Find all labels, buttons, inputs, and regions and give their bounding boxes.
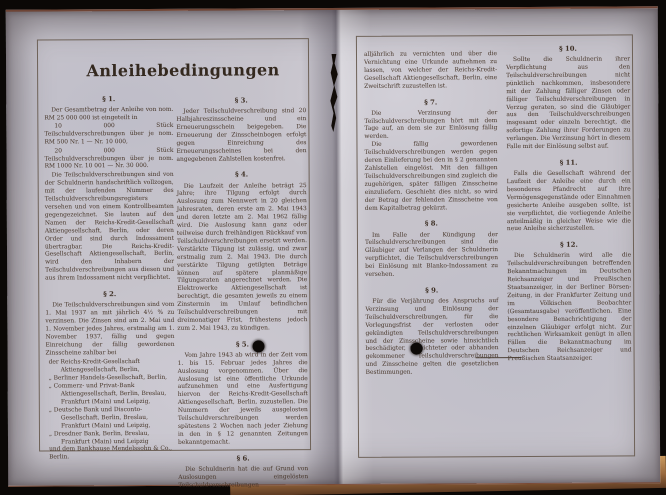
left-page-column-2: § 3. Jeder Teilschuldverschreibung sind … (176, 96, 308, 490)
section-6-continuation: alljährlich zu vernichten und über die V… (364, 51, 497, 91)
section-1-paragraph: Der Gesamtbetrag der Anleihe von nom. RM… (44, 107, 173, 123)
list-item: und dem Bankhause Mendelssohn & Co., Ber… (49, 446, 175, 462)
section-2-heading: § 2. (45, 290, 174, 300)
section-8-heading: § 8. (365, 220, 498, 230)
section-2-paragraph: Die Teilschuldverschreibungen sind vom 1… (45, 302, 174, 358)
section-4-heading: § 4. (177, 171, 307, 181)
list-item: „ Deutsche Bank und Disconto-Gesellschaf… (49, 407, 175, 431)
list-item: „ Dresdner Bank, Berlin, Breslau, Frankf… (49, 430, 175, 446)
list-item: der Reichs-Kredit-Gesellschaft Aktienges… (49, 359, 175, 375)
paying-agents-list: der Reichs-Kredit-Gesellschaft Aktienges… (49, 359, 176, 462)
section-6-heading: § 6. (178, 454, 308, 464)
section-9-heading: § 9. (365, 286, 498, 296)
punch-hole-right (411, 343, 423, 355)
section-3-paragraph: Jeder Teilschuldverschreibung sind 20 Ha… (176, 108, 306, 164)
section-7-heading: § 7. (364, 98, 497, 108)
section-7-paragraph: Die Verzinsung der Teilschuldverschreibu… (364, 110, 497, 142)
section-1-denomination-500: 10 000 Stück Teilschuldverschreibungen ü… (44, 123, 173, 147)
section-10-paragraph: Sollte die Schuldnerin ihrer Verpflichtu… (506, 57, 630, 153)
section-4-paragraph: Die Laufzeit der Anleihe beträgt 25 Jahr… (177, 183, 308, 334)
section-8-paragraph: Im Falle der Kündigung der Teilschuldver… (365, 232, 498, 280)
document-spread: Anleihebedingungen § 1. Der Gesamtbetrag… (6, 6, 660, 486)
section-1-denomination-1000: 20 000 Stück Teilschuldverschreibungen ü… (44, 147, 173, 171)
document-photo: Anleihebedingungen § 1. Der Gesamtbetrag… (0, 0, 666, 495)
section-5-paragraph: Vom Jahre 1943 ab wird in der Zeit vom 1… (178, 352, 308, 448)
section-11-heading: § 11. (507, 158, 631, 168)
document-title: Anleihebedingungen (37, 60, 307, 80)
section-5-heading: § 5. (177, 340, 307, 350)
section-6-paragraph: Die Schuldnerin hat die auf Grund von Au… (178, 466, 308, 490)
section-12-paragraph: Die Schuldnerin wird alle die Teilschuld… (507, 253, 632, 364)
right-page-column-1: alljährlich zu vernichten und über die V… (364, 51, 499, 378)
section-1-heading: § 1. (44, 95, 173, 105)
list-item: „ Commerz- und Privat-Bank Aktiengesells… (49, 383, 175, 407)
punch-hole-left (252, 340, 264, 352)
section-1-paragraph: Die Teilschuldverschreibungen sind von d… (45, 172, 175, 283)
section-12-heading: § 12. (507, 241, 631, 251)
section-7-paragraph: Die fällig gewordenen Teilschuldverschre… (364, 141, 497, 213)
left-page-column-1: § 1. Der Gesamtbetrag der Anleihe von no… (44, 95, 175, 463)
section-11-paragraph: Falls die Gesellschaft während der Laufz… (507, 171, 631, 235)
section-3-heading: § 3. (176, 96, 306, 106)
section-10-heading: § 10. (506, 44, 630, 54)
right-page-column-2: § 10. Sollte die Schuldnerin ihrer Verpf… (506, 44, 632, 364)
section-9-paragraph: Für die Verjährung des Anspruchs auf Ver… (365, 298, 498, 378)
